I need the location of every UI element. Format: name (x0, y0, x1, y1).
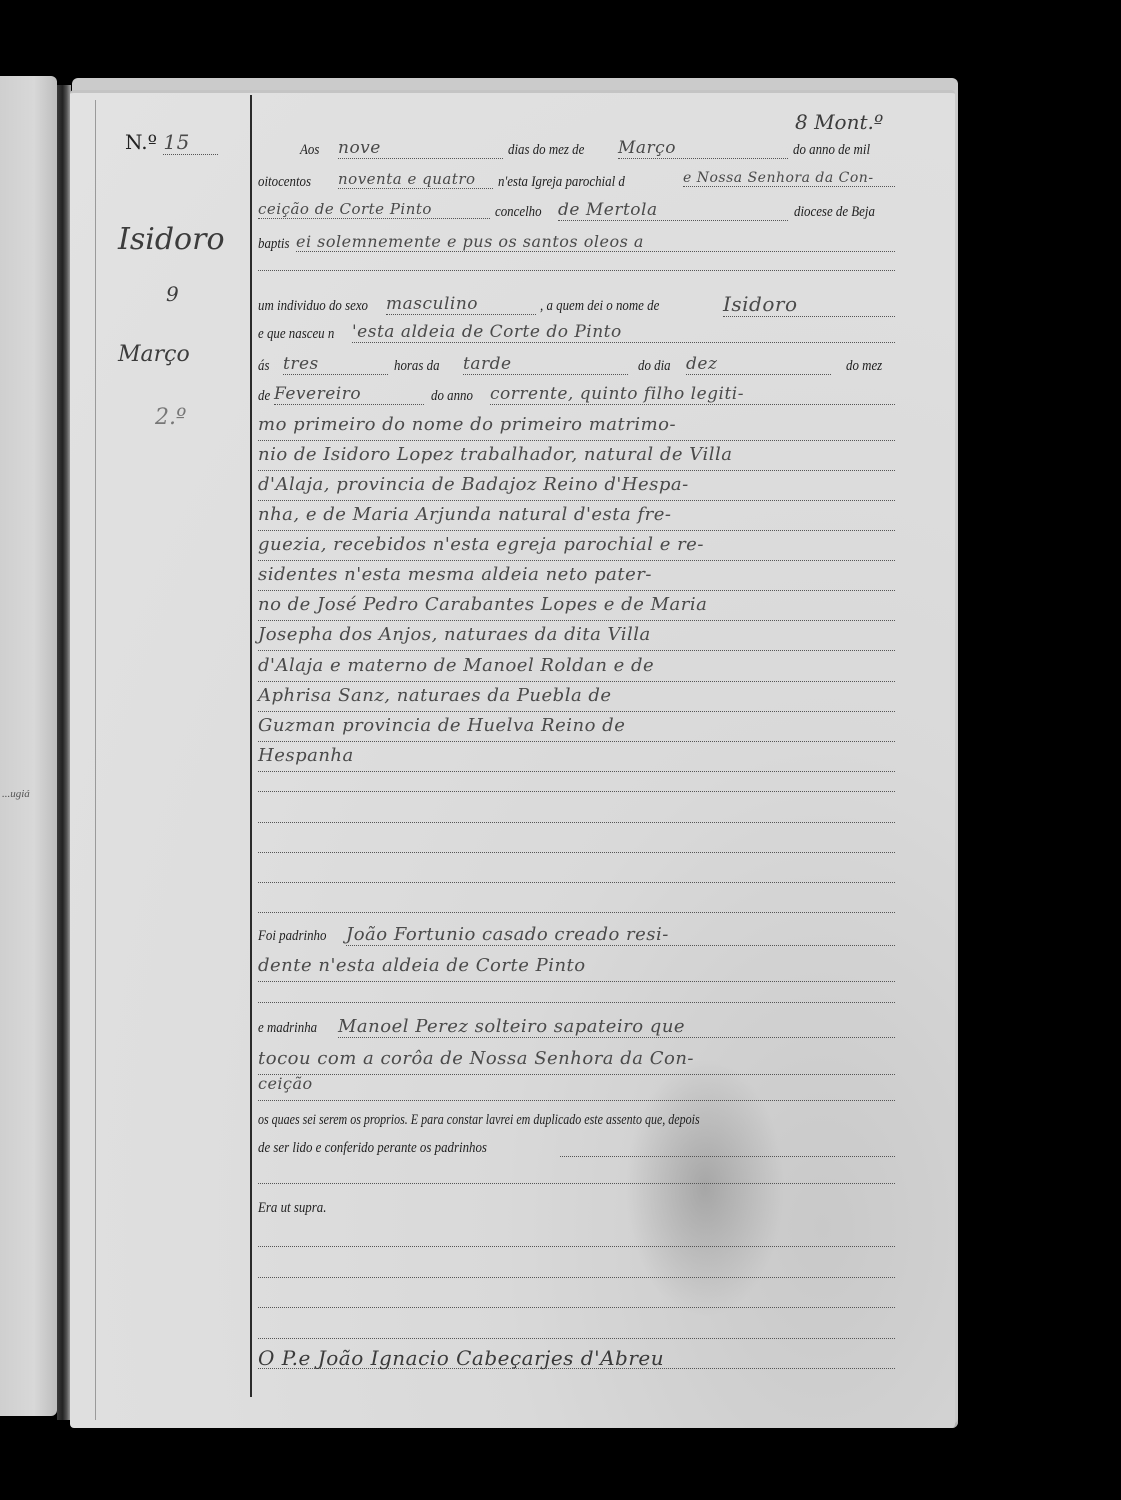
rule (258, 1307, 895, 1308)
handwritten-sex: masculino (386, 294, 536, 315)
inner-margin-line (95, 100, 96, 1420)
margin-note: 2.º (155, 405, 186, 430)
godmother-line-3: ceição (258, 1074, 895, 1101)
rule (258, 1277, 895, 1278)
printed-text: um individuo do sexo (258, 298, 368, 315)
entry-number-value: 15 (163, 130, 218, 155)
top-right-note: 8 Mont.º (795, 110, 883, 134)
book-spine (57, 85, 71, 1420)
printed-text: horas da (394, 358, 440, 375)
body-line: d'Alaja e materno de Manoel Roldan e de (258, 655, 895, 682)
handwritten-parish-cont: ceição de Corte Pinto (258, 200, 490, 219)
body-line: mo primeiro do nome do primeiro matrimo- (258, 414, 895, 441)
rule (258, 822, 895, 823)
form-line-concelho: ceição de Corte Pinto concelho de Mertol… (258, 204, 895, 234)
margin-day: 9 (166, 282, 179, 306)
era-ut-supra-line: Era ut supra. (258, 1200, 895, 1230)
body-line: nio de Isidoro Lopez trabalhador, natura… (258, 444, 895, 471)
body-line: no de José Pedro Carabantes Lopes e de M… (258, 594, 895, 621)
printed-text: Foi padrinho (258, 928, 326, 945)
printed-text: concelho (495, 204, 542, 221)
printed-text: , a quem dei o nome de (540, 298, 659, 315)
handwritten-concelho: de Mertola (558, 200, 788, 221)
printed-text: do mez (846, 358, 882, 375)
closing-line-1: os quaes sei serem os proprios. E para c… (258, 1112, 895, 1142)
godmother-line-2: tocou com a corôa de Nossa Senhora da Co… (258, 1048, 895, 1075)
form-line-baptism: baptis ei solemnemente e pus os santos o… (258, 236, 895, 266)
printed-text: de (258, 388, 270, 405)
body-line: sidentes n'esta mesma aldeia neto pater- (258, 564, 895, 591)
handwritten-baptism-text: ei solemnemente e pus os santos oleos a (296, 232, 895, 252)
handwritten-day: nove (338, 138, 503, 159)
rule (258, 1183, 895, 1184)
rule (258, 791, 895, 792)
adjacent-left-page: ...ugiá (0, 76, 57, 1416)
form-line-birthplace: e que nasceu n 'esta aldeia de Corte do … (258, 326, 895, 356)
margin-month: Março (118, 342, 190, 367)
printed-text: do anno (431, 388, 473, 405)
printed-text: dias do mez de (508, 142, 584, 159)
printed-text: Era ut supra. (258, 1200, 326, 1217)
handwritten-birthplace: 'esta aldeia de Corte do Pinto (352, 322, 895, 343)
printed-text: Aos (300, 142, 319, 159)
printed-text: de ser lido e conferido perante os padri… (258, 1140, 487, 1157)
handwritten-birth-day: dez (686, 354, 831, 375)
handwritten-godfather: João Fortunio casado creado resi- (346, 924, 895, 946)
body-line: Guzman provincia de Huelva Reino de (258, 715, 895, 742)
left-page-note: ...ugiá (2, 788, 30, 800)
rule (258, 1002, 895, 1003)
printed-text: ás (258, 358, 269, 375)
entry-number-label: N.º (125, 130, 157, 154)
godfather-line-2: dente n'esta aldeia de Corte Pinto (258, 955, 895, 982)
printed-text: baptis (258, 236, 290, 253)
body-line: Hespanha (258, 745, 895, 772)
closing-line-2: de ser lido e conferido perante os padri… (258, 1140, 895, 1170)
rule (258, 912, 895, 913)
handwritten-year: noventa e quatro (338, 170, 493, 189)
printed-text: e madrinha (258, 1020, 317, 1037)
printed-text: os quaes sei serem os proprios. E para c… (258, 1112, 700, 1129)
godmother-line-1: e madrinha Manoel Perez solteiro sapatei… (258, 1020, 895, 1050)
handwritten-filiation: corrente, quinto filho legiti- (490, 384, 895, 405)
rule (258, 270, 895, 271)
body-line: Josepha dos Anjos, naturaes da dita Vill… (258, 624, 895, 651)
margin-vertical-rule (250, 95, 252, 1397)
body-line: guezia, recebidos n'esta egreja parochia… (258, 534, 895, 561)
priest-signature: O P.e João Ignacio Cabeçarjes d'Abreu (258, 1346, 895, 1376)
godfather-line-1: Foi padrinho João Fortunio casado creado… (258, 928, 895, 958)
printed-text: n'esta Igreja parochial d (498, 174, 625, 191)
body-line: nha, e de Maria Arjunda natural d'esta f… (258, 504, 895, 531)
printed-text: e que nasceu n (258, 326, 334, 343)
handwritten-birth-month: Fevereiro (274, 384, 424, 405)
handwritten-period: tarde (463, 354, 628, 375)
printed-text: diocese de Beja (794, 204, 875, 221)
blank-field (560, 1150, 895, 1157)
printed-text: do anno de mil (793, 142, 870, 159)
body-line: d'Alaja, provincia de Badajoz Reino d'He… (258, 474, 895, 501)
rule (258, 882, 895, 883)
body-line: Aphrisa Sanz, naturaes da Puebla de (258, 685, 895, 712)
entry-number: N.º 15 (125, 130, 218, 155)
printed-text: do dia (638, 358, 671, 375)
handwritten-given-name: Isidoro (723, 292, 895, 317)
printed-text: oitocentos (258, 174, 311, 191)
handwritten-hour: tres (283, 354, 388, 375)
form-line-date: Aos nove dias do mez de Março do anno de… (258, 142, 895, 172)
handwritten-parish: e Nossa Senhora da Con- (683, 170, 895, 187)
rule (258, 852, 895, 853)
margin-name: Isidoro (118, 222, 225, 257)
rule (258, 1246, 895, 1247)
handwritten-godmother: Manoel Perez solteiro sapateiro que (338, 1016, 895, 1038)
handwritten-month: Março (618, 138, 788, 159)
rule (258, 1338, 895, 1339)
